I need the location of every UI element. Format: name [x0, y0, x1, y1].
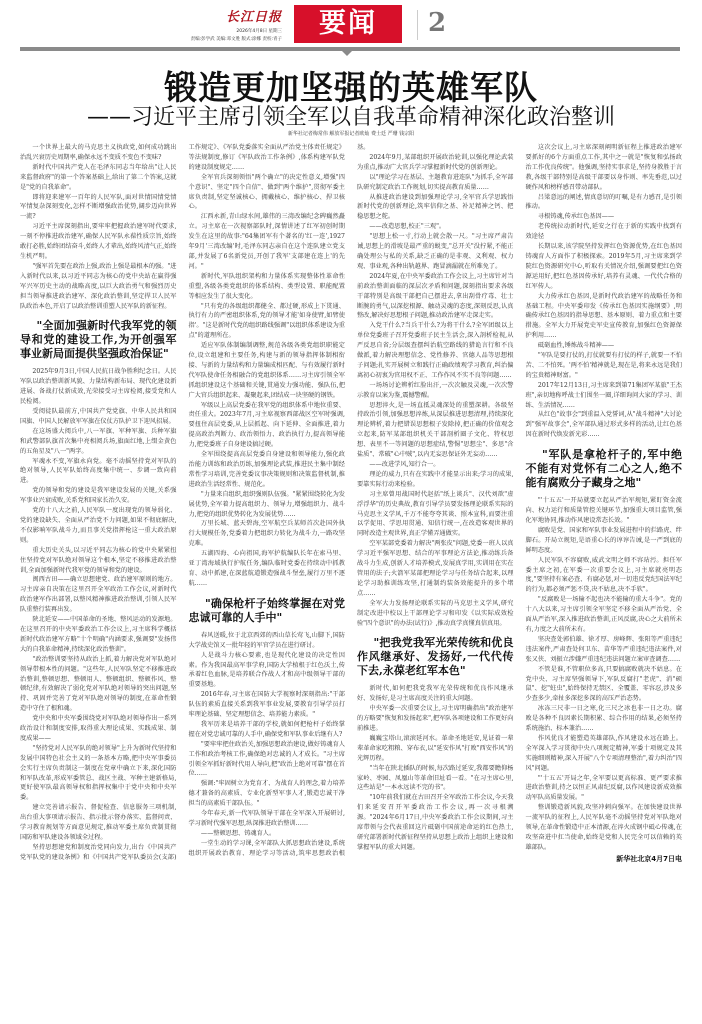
paragraph: 新时代,如何把我党我军光荣传统和优良作风继承好、发扬好,是习主席高度关注的重大问… [357, 684, 514, 704]
paragraph: 从推进政治建设到加强理论学习,全军官兵学思践悟新时代党的创新理论,筑牢信仰之基、… [357, 193, 514, 223]
paragraph: 以"理论学习在基层、主题教育进连队"为抓手,全军部队研究制定政治工作规划,切实提… [357, 173, 514, 193]
paragraph: 老传统拉动新时代,延安之行在于新的实践中找到有效途径 [526, 222, 683, 242]
paragraph: ——改造思想,校正"三观"。 [357, 222, 514, 232]
paragraph: "坚持党对人民军队的绝对领导"上升为新时代坚持和发展中国特色社会主义的一条基本方… [20, 744, 177, 803]
paragraph: 2024年夏,在中央军委政治工作会议上,习主席针对当前政治整训面临的深层次矛盾和… [357, 272, 514, 322]
paragraph: 整训锻造新风貌,攻坚冲刺向强军。在加快建设世界一流军队的征程上,人民军队毫不动摇… [526, 803, 683, 853]
paragraph: ——整顿思想、铸魂育人。 [189, 829, 346, 839]
paragraph: "强军首先要在政治上强,政治上强是最根本的强。"进入新时代以来,以习近平同志为核… [20, 262, 177, 312]
paragraph: 长期以来,该学院坚持发挥红色资源优势,在红色基因铸魂育人方面作了积极探索。201… [526, 242, 683, 292]
paragraph: "反腐败是一场输不起也决不能输的重大斗争"。党的十八大以来,习主席引领全军坚定不… [526, 595, 683, 635]
paragraph: 砥砺血性,锤炼战斗精神—— [526, 341, 683, 351]
intro-section: 一个世界上最大的马克思主义执政党,如何成功跳出治乱兴衰历史周期率,确保永远不变质… [20, 143, 177, 311]
section-label: 要闻 [294, 5, 402, 43]
page-number: 2 [428, 8, 446, 38]
paragraph: 一场场讨论辨析红脸出汗,一次次触及灵魂,一次次警示教育以案为鉴,震撼警醒。 [357, 381, 514, 401]
paragraph: 人是战斗力核心要素,也是现代化建设的决定性因素。作为我国最高军事学府,国防大学植… [189, 651, 346, 691]
paragraph: 冰冻三尺非一日之寒,化三尺之冰也非一日之功。腐败是各种不良因素长期积累、综合作用… [526, 704, 683, 734]
paragraph: 军魂永不变,军旗永向党。毫不动摇坚持党对军队的绝对领导,人民军队始终高度集中统一… [20, 457, 177, 487]
paragraph: 全军围绕提高高层党委自身建设和领导能力,强化政治能力训练和政治历练,加强理论武装… [189, 450, 346, 490]
paragraph: 从红色"故事会"到重温入党誓词,从"战斗精神"大讨论到"强军故事会",全军部队通… [526, 410, 683, 440]
paragraph: 2024年9月,某部组织开展政治轮训,以强化理论武装为重点,推动广大官兵学习掌握… [357, 153, 514, 173]
paragraph: 大力传承红色基因,是新时代政治建军的战略任务和基础工程。中央军委印发《传承红色基… [526, 292, 683, 342]
paragraph: 强调:"牢固树立为党育才、为战育人的理念,着力培养德才兼备的高素质、专业化新型军… [189, 779, 346, 809]
byline: 新华社记者梅常伟 解放军报记者欧灿 费士廷 严珊 钱宗阳 [0, 130, 702, 137]
header-rule-notch [342, 51, 352, 56]
paragraph: 2025年9月3日,中国人民抗日战争胜利纪念日。人民军队以政治整训新风貌、力量结… [20, 367, 177, 407]
paragraph: "当年在陕北插队的时候,每次路过延安,我都要瞻仰杨家岭、枣园、凤凰山等革命旧址看… [357, 764, 514, 794]
paragraph: 新时代中国共产党人在毛泽东同志当年给出"让人民来监督政府"的第一个答案基础上,给… [20, 163, 177, 193]
paragraph: 万里长城、蓝天碧海,空军航空兵某师首次赴国外执行大规模任务,党委着力把组织力转化… [189, 519, 346, 549]
paragraph: 党中央和中央军委围绕党对军队绝对领导作出一系列政治设计和制度安排,取得重大理论成… [20, 714, 177, 744]
paragraph: 适应军队体制编制调整,规范各级各类党组织职能定位,设立组建和主要任务,构建与新的… [189, 341, 346, 400]
paragraph: 一个世界上最大的马克思主义执政党,如何成功跳出治乱兴衰历史周期率,确保永远不变质… [20, 143, 177, 163]
paragraph: "要牢牢把住政治关,加强思想政治建设,做好铸魂育人工作和政治考核工作,确保绝对忠… [189, 740, 346, 780]
paragraph: "军队是要打仗的,打仗就要有打仗的样子,就要一不怕苦、二不怕死。'两不怕'精神就… [526, 351, 683, 381]
paragraph: 思想淬火,是一场直抵灵魂深处的重塑深耕。各级坚持政治引领,加强思想淬炼,从深层推… [357, 401, 514, 460]
divider [417, 10, 418, 40]
paragraph: 作风优良才能塑造英雄部队,作风建设永远在路上。全军深入学习贯彻中央八项规定精神,… [526, 734, 683, 774]
section-4-body: "'十五五'一开局就要立起从严治军规矩,紧盯资金流向、权力运行和质量管控关键环节… [526, 496, 683, 853]
editor-credits: 责编:彭学武 美编:邓文胜 版式:涂娜 责校:青子 [191, 36, 282, 42]
paragraph: 人民军队不容腐败,威武文明之师不容玷污。担任军委主席之初,在军委一次重要会议上,… [526, 556, 683, 596]
section-heading-3: "把我党我军光荣传统和优良作风继承好、发扬好,一代代传下去,永葆老红军本色" [357, 636, 514, 678]
paragraph: 全军官兵深刻领悟"两个确立"的决定性意义,增强"四个意识"、坚定"四个自信"、做… [189, 173, 346, 213]
subheadline: ——习近平主席引领全军以自我革命精神深化政治整训 [0, 100, 702, 131]
section-heading-4: "军队是拿枪杆子的,军中绝不能有对党怀有二心之人,绝不能有腐败分子藏身之地" [526, 448, 683, 490]
paragraph: 即将迎来建军一百年的人民军队,面对世情国情党情军情复杂深刻变化,怎样不断增强政治… [20, 193, 177, 223]
paragraph: 2017年12月13日,习主席来到第71集团军某旅"王杰班",亲切地称呼战士们围… [526, 381, 683, 411]
paragraph: "思想上松一寸,行动上就会散一尺。"习主席严肃告诫,思想上的滑坡是最严重的蜕变,… [357, 232, 514, 272]
paragraph: 习主席曾用战国时代赵括"纸上谈兵"、汉代刘歆"虚浮浮华"的历史典故,教育引导学员… [357, 490, 514, 540]
paragraph: 闽西古田——确立思想建党、政治建军原则的地方。习主席亲自决策在这里召开全军政治工… [20, 575, 177, 615]
paragraph: 五湖四海、心向祖国,海军护航编队长年在索马里、亚丁湾海域执行护航任务,编队临时党… [189, 549, 346, 589]
paragraph: 理论的威力,只有在实践中才能显示出来;学习的成果,要靠实际行动来检验。 [357, 470, 514, 490]
section-heading-2: "确保枪杆子始终掌握在对党忠诚可靠的人手中" [189, 597, 346, 625]
paragraph: 习近平主席深刻指出,要牢牢把握政治建军时代要求,一刻不停推进政治建军,确保人民军… [20, 222, 177, 262]
paragraph: "'十五五'一开局就要立起从严治军规矩,紧盯资金流向、权力运行和质量管控关键环节… [526, 496, 683, 526]
section-heading-1: "全面加强新时代我军党的领导和党的建设工作,为开创强军事业新局面提供坚强政治保证… [20, 319, 177, 361]
brand-block: 长江日报 2026年4月8日 星期三 责编:彭学武 美编:邓文胜 版式:涂娜 责… [191, 6, 282, 42]
paragraph: 春风送暖,位于北京西郊的西山草长莺飞,山脚下,国防大学战史馆又一批年轻的军官学员… [189, 631, 346, 651]
paragraph: "政治整训要坚持从政治上抓,着力解决党对军队绝对领导带根本性的问题。"这些年,人… [20, 655, 177, 714]
paragraph: ——改进学风,知行合一。 [357, 460, 514, 470]
paragraph: 我军历来是培养干部的学校,就如何把枪杆子始终掌握在对党忠诚可靠的人手中,确保党和… [189, 720, 346, 740]
paragraph: 军级以上高层党委在我军党的组织体系中地位重要、责任重大。2023年7月,习主席视… [189, 401, 346, 451]
paragraph: "10年前我们就在古田召开全军政治工作会议,今天我们来延安召开军委政治工作会议,… [357, 793, 514, 852]
paragraph: "力量来自组织,组织强则队伍强。"紧紧围绕转化为发展优势,全军着力提高组织力、领… [189, 490, 346, 520]
paragraph: 中央军委一次重要会议上,习主席明确指出"政治建军的方略要"恢复和发扬起来",把军… [357, 704, 514, 734]
paragraph: 党的十八大之前,人民军队一度出现党的领导弱化、党的建设缺失、全面从严治党不力问题… [20, 506, 177, 546]
paragraph: 寻根铸魂,传承红色基因—— [526, 212, 683, 222]
issue-date: 2026年4月8日 星期三 [191, 28, 282, 34]
paragraph: 陕北延安——中国革命的圣地、整风运动的发源地。在这里召开的中央军委政治工作会议上… [20, 615, 177, 655]
paragraph: 受阅徒队最前方,中国共产党党旗、中华人民共和国国旗、中国人民解放军军旗在仪仗方队… [20, 407, 177, 427]
paragraph: "'十五五'开局之年,全军要以更高标准、更严要求推进政治整训,持之以恒正风肃纪反… [526, 774, 683, 804]
paragraph: 在这场盛大阅兵中,八一军旗、军种军旗、兵种军旗和武警部队旗首次集中亮相阅兵场,旗… [20, 427, 177, 457]
paragraph: 建立完善请示报告、督促检查、信息服务三项机制,出台重大事项请示报告、指示批示督办… [20, 803, 177, 843]
newspaper-logo: 长江日报 [191, 6, 282, 25]
paragraph: 这次会议上,习主席深刻阐明新征程上推进政治建军要抓好的6个方面重点工作,其中之一… [526, 143, 683, 193]
paragraph: 全军大力发扬理论联系实际的马克思主义学风,研究制定改进中校以上干部理论学习和印发… [357, 599, 514, 629]
paragraph: 不管是谁,不管职位多高,只要搞腐败就决不姑息。在党中央、习主席坚强领导下,军队反… [526, 665, 683, 705]
paragraph: 巍巍宝塔山,滚滚延河水。革命圣地延安,见证着一辈辈革命家吃粗粮、穿布衣,以"延安… [357, 734, 514, 764]
dateline-end: 新华社北京4月7日电 [526, 855, 683, 865]
paragraph: 坚决查处郭伯雄、徐才厚、房峰辉、张阳等严重违纪违法案件,严肃查处何卫东、苗华等严… [526, 635, 683, 665]
paragraph: 江西永新,青山绿水间,雄伟的三湾改编纪念碑巍然矗立。习主席在一次视察部队时,深情… [189, 212, 346, 271]
paragraph: 今年春天,新一代军队领导干部在全军深入开展研讨,学习新时代强军思想,纵深推进政治… [189, 809, 346, 829]
paragraph: 腐败是党、国家和军队事业发展进程中的拦路虎、绊脚石。开局立规矩,是语重心长的谆谆… [526, 526, 683, 556]
paragraph: 空军某部党委着力解决"两张皮"问题,党委一班人以真学习近平强军思想、结合的军事理… [357, 539, 514, 598]
paragraph: "只有党的各级组织都健全、都过硬,形成上下贯通、执行有力的严密组织体系,党的领导… [189, 302, 346, 342]
paragraph: 新时代,军队组织架构和力量体系实现整体性革命性重塑,各级各类党组织的体系结构、类… [189, 272, 346, 302]
paragraph: 重大历史关头,以习近平同志为核心的党中央紧紧扭住坚持党对军队绝对领导这个根本,坚… [20, 546, 177, 576]
paragraph: 入党干什么?当兵干什么?为将干什么?全军团级以上单位党委班子召开党委班子民主生活… [357, 321, 514, 380]
article-body: 一个世界上最大的马克思主义执政党,如何成功跳出治乱兴衰历史周期率,确保永远不变质… [20, 143, 682, 1013]
paragraph: 党的领导和党的建设是我军建设发展的关键,关系强军事业兴衰成败,关系党和国家长治久… [20, 486, 177, 506]
paragraph: 2016年春,习主席在国防大学视察时深刻指出:"干部队伍的素质直接关系到我军事业… [189, 690, 346, 720]
paragraph: 吕梁意远的阐述,情真意切的叮嘱,是有力感召,是引领推动。 [526, 193, 683, 213]
masthead: 长江日报 2026年4月8日 星期三 责编:彭学武 美编:邓文胜 版式:涂娜 责… [0, 0, 702, 46]
